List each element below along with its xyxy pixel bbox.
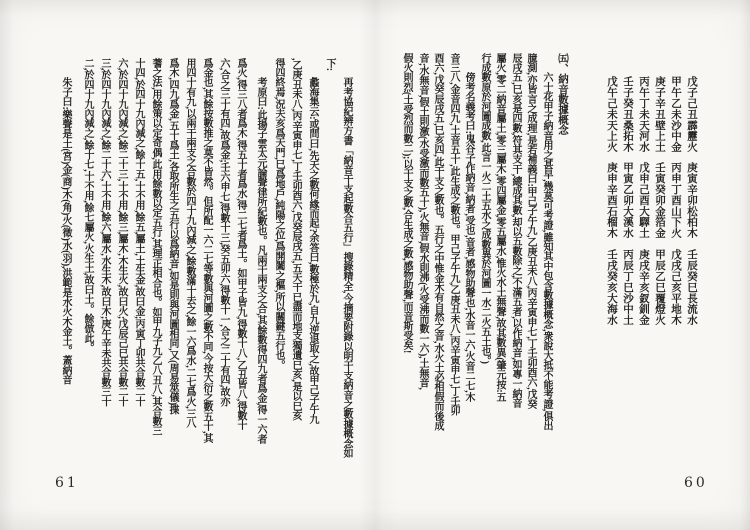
nayin-entry: 庚子辛丑壁上土	[651, 76, 667, 152]
nayin-entry: 庚戌辛亥釵釧金	[635, 249, 651, 325]
text-column: 假火則烈(土受烈而數二);以干支之數,合生成之數,感物助聲,而音斯受矣!	[398, 53, 414, 353]
text-column: 六十花甲子納音用之甚早,幾莫可考證,雖知其中包含數據概念,衆說大抵不能考證,俱出	[538, 53, 554, 430]
text-column: 下:	[321, 58, 337, 71]
text-column: 二,於四十九內減之,餘十七,十不用,餘七屬火,火生土,故曰土。餘倣此。	[79, 58, 95, 353]
text-column: 考原曰:此揚子雲太元論聲律所紀數也。凡兩干兩支之合,其餘數得四九者爲金,得一六者	[252, 58, 268, 444]
nayin-entry: 壬子癸丑桑拓木	[619, 76, 635, 152]
text-column: 蠡海集云:或問曰,先天之數何緣而起?余答曰,數極於九,自九逆退取之,故甲己子午九	[304, 58, 320, 424]
nayin-entry: 戊申己酉大驛土	[635, 162, 651, 238]
nayin-entry: 壬寅癸卯金箔金	[651, 162, 667, 238]
text-column: 傍考名義考曰:鬼谷子作納音,納者,受也,音者,感物助聲也;水音一六,火音二七,木	[460, 53, 476, 402]
text-column: 蓍之法,用餘策以定奇偶,此用餘數以定五行,其理正相合也。如甲九子九乙八丑八,其合…	[147, 58, 163, 435]
left-page-edge-shadow	[0, 0, 14, 530]
text-column: 爲火,得三八者爲木,得五十者爲水,得二七者爲土。如甲子皆九,得數十八,乙丑皆八,…	[232, 58, 248, 430]
page-gutter-shadow	[358, 0, 398, 530]
page-number-left: 61	[55, 475, 79, 491]
text-column: 得四終焉,況夫亥爲天門,巳爲地戶,純陽之位,爲開闔之樞,所以關鍵五行也。	[270, 58, 286, 370]
nayin-entry: 甲辰乙巳覆燈火	[651, 249, 667, 325]
text-column: ,乙庚丑未八,丙辛寅申七,丁壬卯酉六,戊癸辰戌五,五天干已盡而地支獨遺巳亥,是以…	[287, 58, 303, 420]
nayin-entry: 甲午乙未沙中金	[667, 76, 683, 152]
text-column: 音;水無音,假土則激(水受激而數五十),火無音,假水則沸(火受沸而數一六),土無…	[414, 53, 430, 390]
text-column: 朱子曰:樂聲是土(宮)金(商)木(角)火(徵)水(羽),洪範是水火木金土。蓋納音	[57, 58, 73, 385]
nayin-entry: 壬戌癸亥大海水	[603, 249, 619, 325]
page-number-right: 60	[684, 475, 708, 491]
text-column: 十四,於四十九內減之,餘十五,十不用,餘五,屬土,土生金,故曰金;丙寅丁卯共合數…	[130, 58, 146, 406]
text-column: 臆測,亦皆言之成理,是若補義曰:甲己子午九,乙庚丑未八,丙辛寅申七,丁壬卯酉六,…	[522, 53, 538, 409]
text-column: 六,合之三十有四,故爲金;壬六申七,得數十三,癸五卯六,得數十一,合之二十有四,…	[215, 58, 231, 406]
nayin-entry: 戊戌己亥平地木	[667, 249, 683, 325]
text-column: 屬火,零二納音屬土,零三屬木,零四屬金,零五屬水,惟火水土無聲,故其數異(肇元按…	[491, 53, 507, 402]
text-column: 辰戌五,巳亥是四數,符其支干,總成其數,却以五數除之,不滿五者,以作納音,如專一…	[507, 53, 523, 408]
nayin-entry: 庚申辛酉石榴木	[603, 162, 619, 238]
text-column: 酉六,戊癸辰戌五,巳亥四,此干支之數也。五行之中惟金木有自然之音,水火土必相假而…	[429, 53, 445, 430]
nayin-entry: 甲寅乙卯大溪水	[619, 162, 635, 238]
text-column: 行成數原於河圖成數,此言一火二土五水之成數異於河圖一水二火五土也。)	[476, 53, 492, 364]
right-page-edge-shadow	[740, 0, 750, 530]
book-spread: 戊子己丑霹靂火 庚寅辛卯松柏木 壬辰癸巳長流水 甲午乙未沙中金 丙申丁酉山下火 …	[0, 0, 750, 530]
nayin-entry: 壬辰癸巳長流水	[683, 249, 699, 325]
nayin-entry: 戊子己丑霹靂火	[683, 76, 699, 152]
text-column: 用四十有九,以兩干兩支之合數於四十九內減之,餘數滿十去之,餘一六爲水,二七爲火,…	[181, 58, 197, 428]
text-column: 三,於四十九內減之,餘二十六,十不用,餘六,屬水,水生木,故曰木;庚午辛未共合數…	[96, 58, 112, 406]
nayin-entry: 戊午己未天上火	[603, 76, 619, 152]
text-column: 再考協紀辨方書「納音干支起數合五行」搜錄精全,今摘要附錄以明干支納音之數據概念如	[338, 58, 354, 458]
nayin-entry: 丙申丁酉山下火	[667, 162, 683, 238]
section-heading: ㈤、納音數據概念	[554, 53, 570, 135]
text-column: 爲金也,其餘按數推之莫不皆然。但所配一六二七等數與河圖之數不同,今按大衍之數五十…	[198, 58, 214, 443]
nayin-entry: 丙辰丁巳沙中土	[619, 249, 635, 325]
text-column: 六,於四十九內減之,餘二十三,十不用,餘三,屬木,木生火,故曰火;戊辰己巳共合數…	[113, 58, 129, 406]
text-column: 音三八,金音四九,土音五十,此生成之數也。甲己子午九,乙庚丑未八,丙辛寅申七,丁…	[445, 53, 461, 415]
text-column: 爲木,四九爲金,五十爲土,各取所生之五行以爲納音,如是則與河圖相同,又(周易筮儀…	[164, 58, 180, 415]
nayin-entry: 庚寅辛卯松柏木	[683, 162, 699, 238]
nayin-entry: 丙午丁未天河水	[635, 76, 651, 152]
